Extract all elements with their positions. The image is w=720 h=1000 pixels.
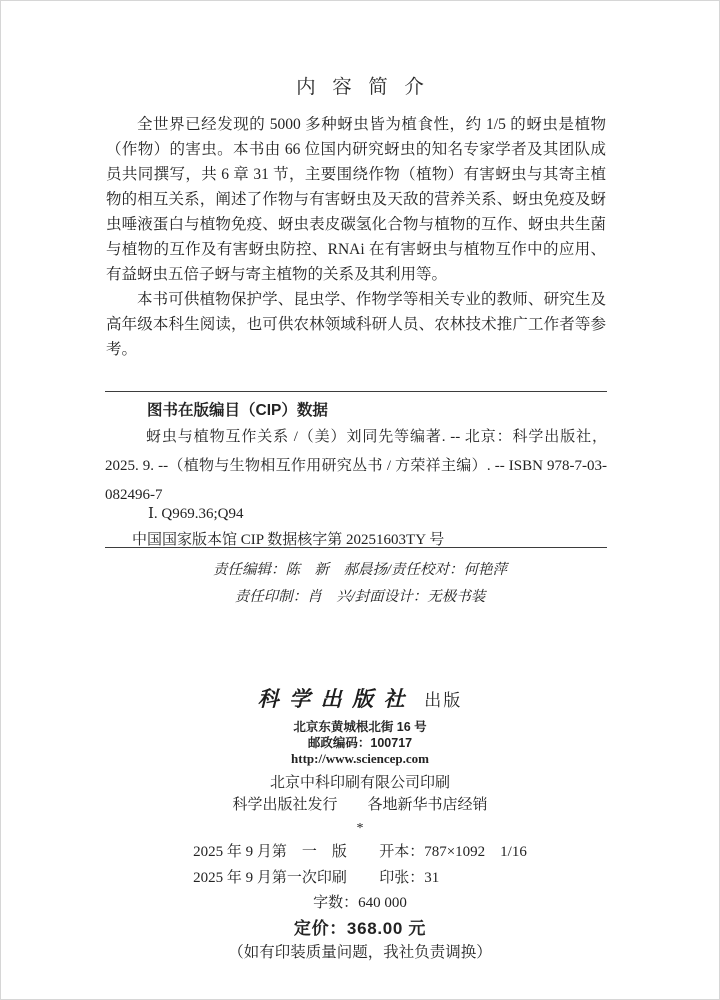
content-summary: 全世界已经发现的 5000 多种蚜虫皆为植食性，约 1/5 的蚜虫是植物（作物）… [106, 112, 606, 362]
print-run-lines: 2025 年 9 月第 一 版 开本：787×1092 1/16 2025 年 … [193, 839, 527, 891]
cip-header: 图书在版编目（CIP）数据 [147, 398, 328, 420]
price: 定价：368.00 元 [1, 916, 719, 941]
edition-text: 2025 年 9 月第 一 版 [193, 844, 347, 860]
publisher-logotype: 科学出版社 [258, 687, 416, 711]
colophon: 科学出版社 出版 北京东黄城根北街 16 号 邮政编码：100717 http:… [1, 686, 719, 965]
publisher-postcode: 邮政编码：100717 [1, 735, 719, 751]
separator-asterisk: * [1, 822, 719, 836]
summary-paragraph-2: 本书可供植物保护学、昆虫学、作物学等相关专业的教师、研究生及高年级本科生阅读，也… [106, 287, 606, 362]
page-title: 内容简介 [1, 71, 719, 99]
summary-paragraph-1: 全世界已经发现的 5000 多种蚜虫皆为植食性，约 1/5 的蚜虫是植物（作物）… [106, 112, 606, 287]
printing-line: 2025 年 9 月第一次印刷 印张：31 [193, 865, 527, 891]
sheets-text: 印张：31 [379, 870, 439, 886]
page-title-text: 内容简介 [280, 76, 441, 98]
staff-credits: 责任编辑：陈 新 郝晨扬/责任校对：何艳萍 责任印制：肖 兴/封面设计：无极书装 [1, 557, 719, 611]
publish-label: 出版 [424, 691, 462, 710]
cip-registry-number: 中国国家版本馆 CIP 数据核字第 20251603TY 号 [132, 528, 444, 549]
cip-block: 图书在版编目（CIP）数据 蚜虫与植物互作关系 /（美）刘同先等编著. -- 北… [105, 391, 607, 548]
editors-credit-line: 责任编辑：陈 新 郝晨扬/责任校对：何艳萍 [1, 557, 719, 584]
edition-line: 2025 年 9 月第 一 版 开本：787×1092 1/16 [193, 839, 527, 865]
cip-classification: Ⅰ. Q969.36;Q94 [148, 504, 244, 523]
format-text: 开本：787×1092 1/16 [379, 844, 527, 860]
printing-text: 2025 年 9 月第一次印刷 [193, 870, 347, 886]
publisher-line: 科学出版社 出版 [1, 686, 719, 715]
book-copyright-page: 内容简介 全世界已经发现的 5000 多种蚜虫皆为植食性，约 1/5 的蚜虫是植… [0, 0, 720, 1000]
print-run-info: 2025 年 9 月第 一 版 开本：787×1092 1/16 2025 年 … [1, 839, 719, 891]
publisher-address: 北京东黄城根北街 16 号 [1, 719, 719, 735]
word-count: 字数：640 000 [1, 891, 719, 915]
publisher-website: http://www.sciencep.com [1, 751, 719, 766]
distribution-line: 科学出版社发行 各地新华书店经销 [1, 794, 719, 816]
quality-notice: （如有印装质量问题，我社负责调换） [1, 941, 719, 965]
cip-record: 蚜虫与植物互作关系 /（美）刘同先等编著. -- 北京：科学出版社，2025. … [105, 423, 607, 510]
printer-line: 北京中科印刷有限公司印刷 [1, 772, 719, 794]
print-design-credit-line: 责任印制：肖 兴/封面设计：无极书装 [1, 584, 719, 611]
